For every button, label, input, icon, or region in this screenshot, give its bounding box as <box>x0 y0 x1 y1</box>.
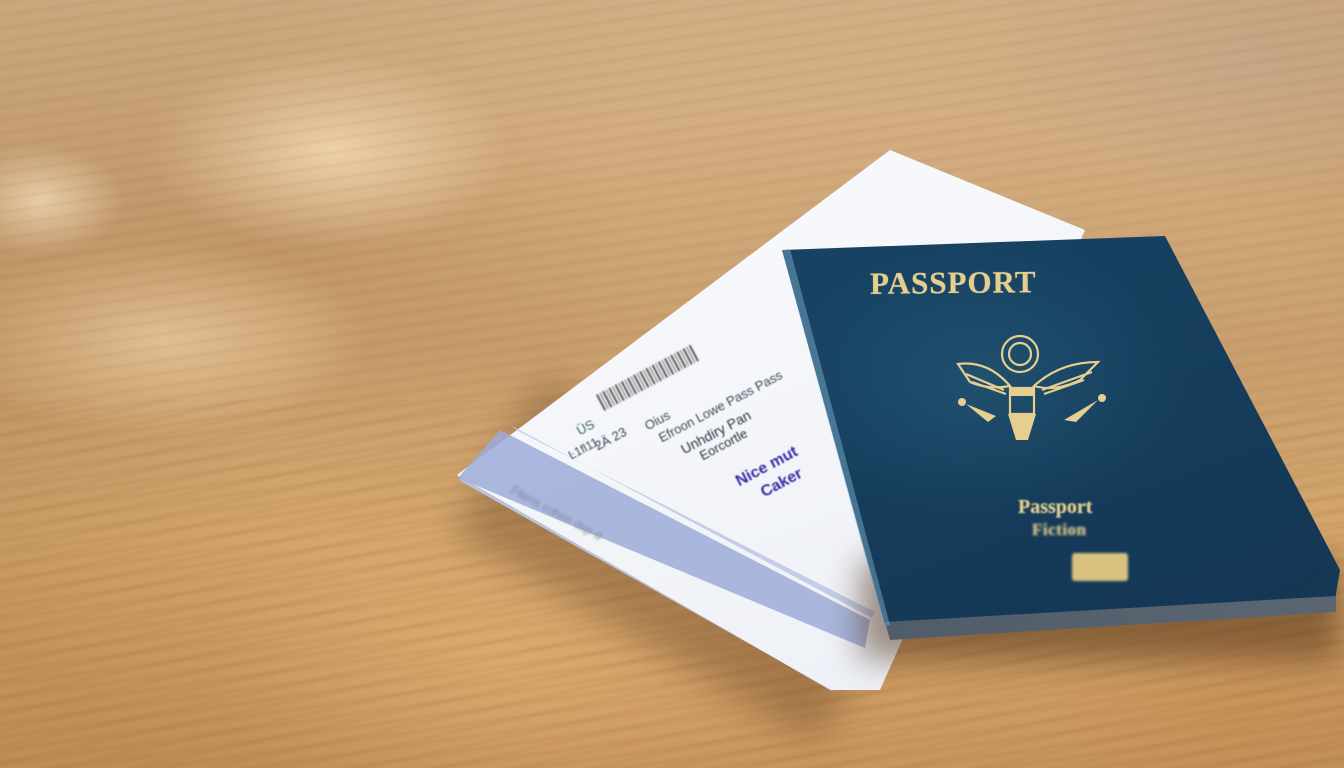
biometric-chip-icon <box>1072 553 1128 581</box>
eagle-seal-icon <box>948 330 1124 454</box>
passport-title: PASSPORT <box>870 264 1037 302</box>
passport-subtitle-secondary: Fiction <box>1032 520 1087 540</box>
passport-subtitle: Passport <box>1018 496 1092 519</box>
